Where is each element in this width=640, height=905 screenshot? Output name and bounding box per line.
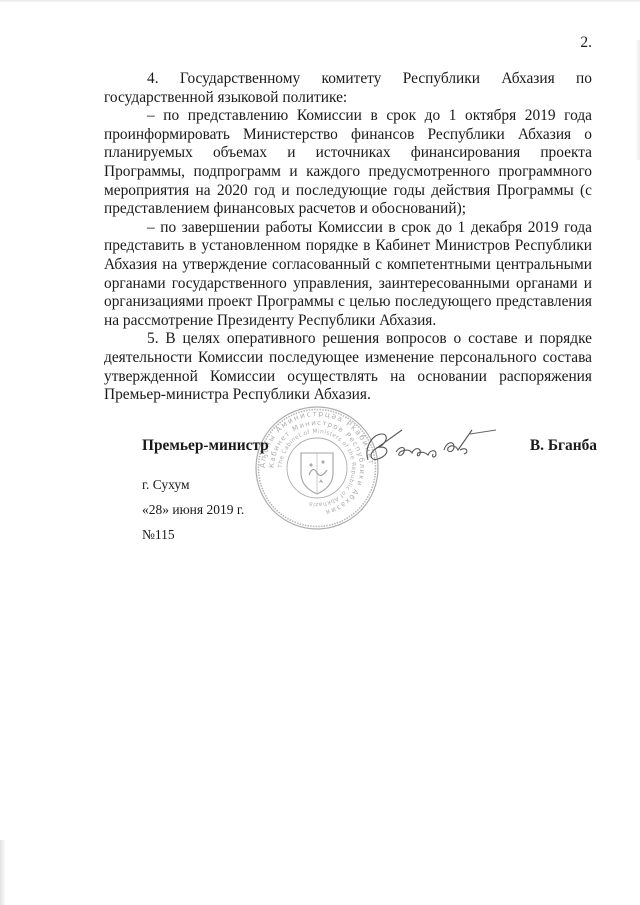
signature-block: Премьер-министр В. Бганба [142, 437, 597, 537]
document-number: №115 [142, 527, 175, 543]
page-number: 2. [560, 34, 592, 52]
document-date: «28» июня 2019 г. [142, 502, 244, 518]
scan-edge-top [0, 0, 640, 3]
signatory-name: В. Бганба [530, 437, 597, 455]
scan-edge-left [0, 840, 6, 905]
paragraph-5: 5. В целях оперативного решения вопросов… [104, 330, 592, 404]
paragraph-4-item-1: – по представлению Комиссии в срок до 1 … [104, 107, 592, 219]
signatory-title: Премьер-министр [142, 437, 269, 455]
scan-edge-right [635, 40, 640, 160]
paragraph-4-item-2: – по завершении работы Комиссии в срок д… [104, 219, 592, 331]
paragraph-4-intro: 4. Государственному комитету Республики … [104, 70, 592, 107]
document-body: 4. Государственному комитету Республики … [104, 70, 592, 405]
document-city: г. Сухум [142, 477, 190, 493]
